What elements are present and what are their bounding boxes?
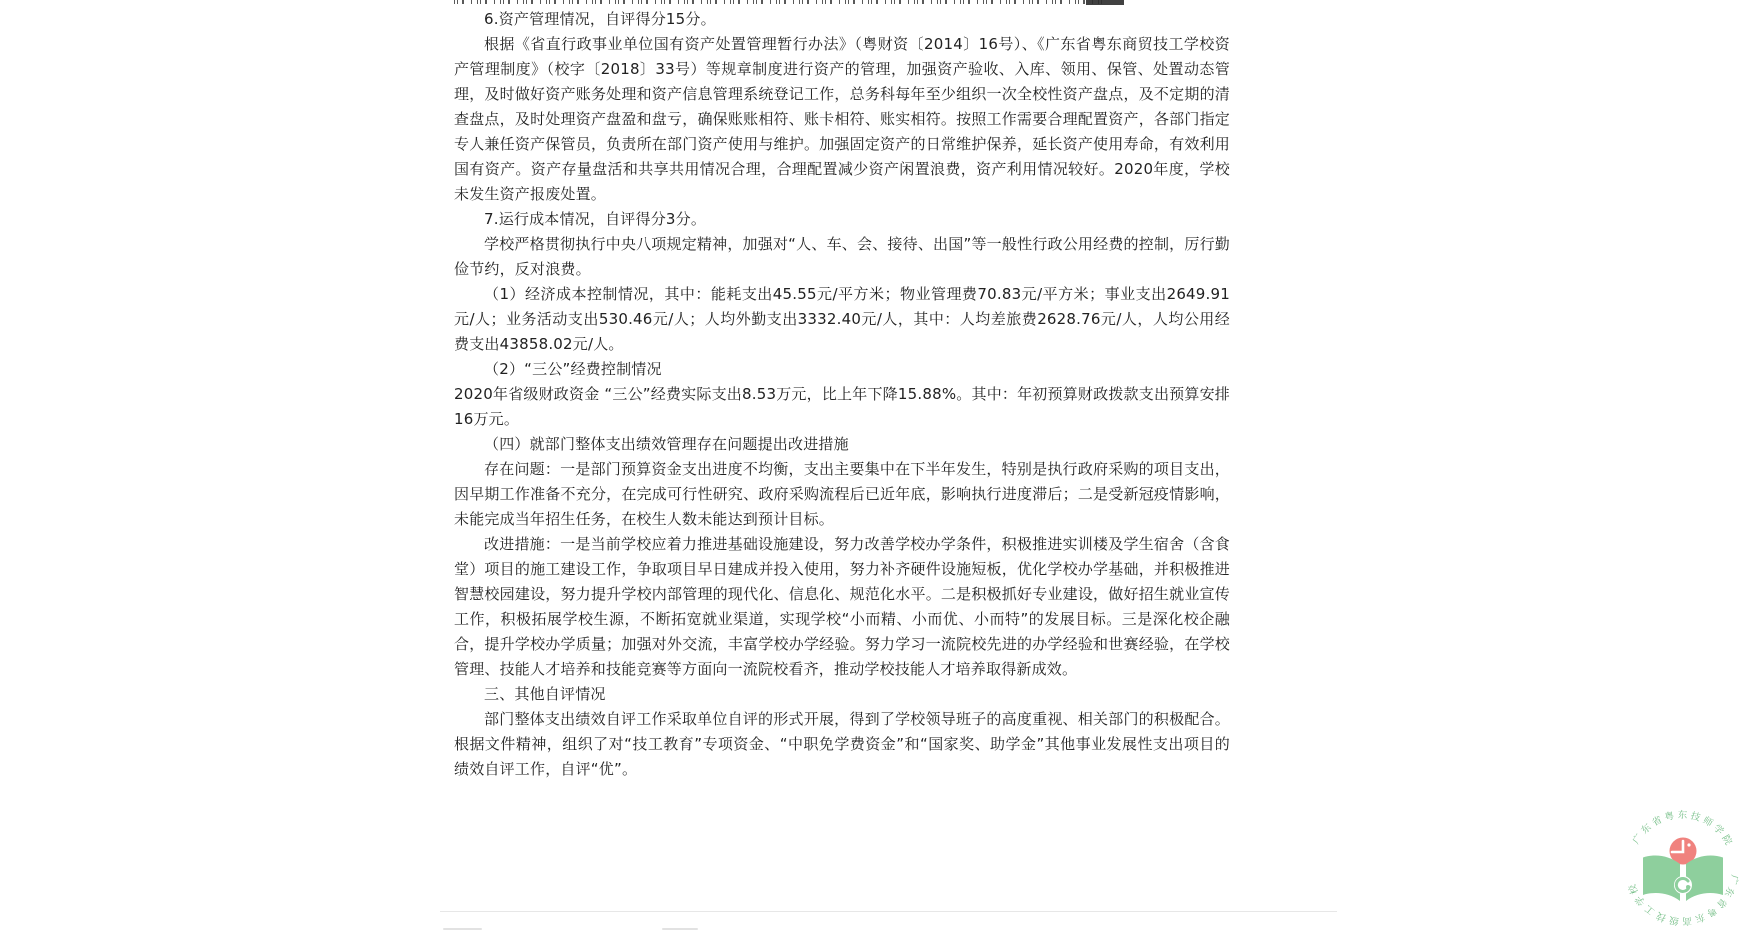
- report-paragraph: 根据《省直行政事业单位国有资产处置管理暂行办法》（粤财资〔2014〕16号）、《…: [454, 32, 1230, 207]
- school-logo: 广东省粤东技师学院 广东省粤东高级技工学校: [1622, 808, 1742, 928]
- report-paragraph: 7.运行成本情况，自评得分3分。: [454, 207, 1230, 232]
- clipped-text-line: [454, 0, 1104, 4]
- report-paragraph: 存在问题：一是部门预算资金支出进度不均衡，支出主要集中在下半年发生，特别是执行政…: [454, 457, 1230, 532]
- report-paragraph: （1）经济成本控制情况，其中：能耗支出45.55元/平方米；物业管理费70.83…: [454, 282, 1230, 357]
- footer-divider: [440, 911, 1337, 912]
- clipped-text-line-bold-end: [1086, 0, 1124, 5]
- report-paragraph: （四）就部门整体支出绩效管理存在问题提出改进措施: [454, 432, 1230, 457]
- report-paragraph: 学校严格贯彻执行中央八项规定精神，加强对“人、车、会、接待、出国”等一般性行政公…: [454, 232, 1230, 282]
- report-body: 6.资产管理情况，自评得分15分。 根据《省直行政事业单位国有资产处置管理暂行办…: [454, 7, 1230, 782]
- report-paragraph: （2）“三公”经费控制情况: [454, 357, 1230, 382]
- report-paragraph: 2020年省级财政资金 “三公”经费实际支出8.53万元，比上年下降15.88%…: [454, 382, 1230, 432]
- report-paragraph: 改进措施：一是当前学校应着力推进基础设施建设，努力改善学校办学条件，积极推进实训…: [454, 532, 1230, 682]
- report-paragraph: 6.资产管理情况，自评得分15分。: [454, 7, 1230, 32]
- report-section-heading: 三、其他自评情况: [454, 682, 1230, 707]
- report-paragraph: 部门整体支出绩效自评工作采取单位自评的形式开展，得到了学校领导班子的高度重视、相…: [454, 707, 1230, 782]
- document-page: 6.资产管理情况，自评得分15分。 根据《省直行政事业单位国有资产处置管理暂行办…: [0, 0, 1742, 930]
